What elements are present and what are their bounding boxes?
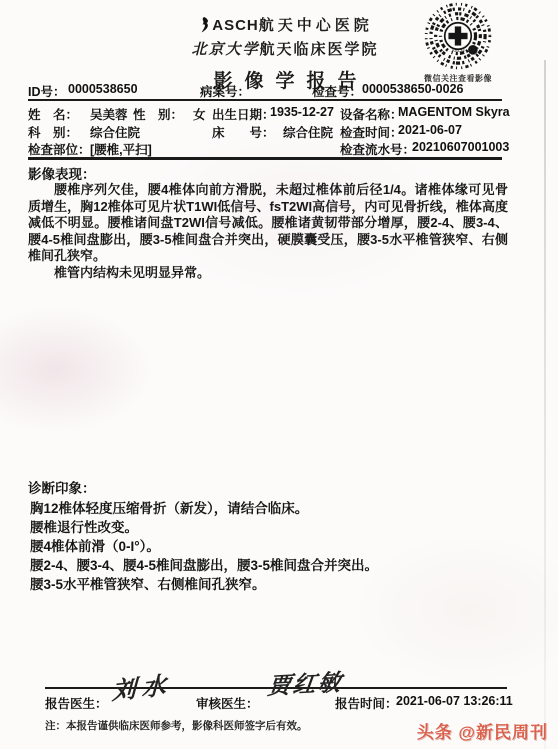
serial-label: 检查流水号：: [340, 140, 415, 158]
exam-no-label: 检查号：: [312, 82, 362, 100]
divider-info-bottom: [28, 157, 502, 160]
hospital-logo-icon: [197, 17, 210, 37]
name-value: 吴美蓉: [90, 105, 128, 123]
case-no-label: 病案号：: [200, 82, 250, 100]
report-time-value: 2021-06-07 13:26:11: [396, 694, 513, 708]
exam-no-value: 0000538650-0026: [362, 82, 464, 96]
qr-code-icon: ASCH: [424, 2, 492, 70]
footer-note: 注：本报告谨供临床医师参考，影像科医师签字后有效。: [45, 718, 308, 733]
college-name-line: 北京大学航天临床医学院: [120, 38, 450, 59]
hospital-name-cn: 航天中心医院: [259, 17, 373, 34]
report-doctor-label: 报告医生：: [45, 694, 108, 712]
diagnosis-heading: 诊断印象：: [28, 477, 96, 497]
dept-label: 科 别：: [28, 123, 78, 141]
body-part-value: [腰椎,平扫]: [90, 140, 152, 158]
device-value: MAGENTOM Skyra: [398, 105, 510, 119]
serial-value: 20210607001003: [412, 140, 509, 154]
scanned-report-page: ASCH航天中心医院 北京大学航天临床医学院 影像学报告 ASCH 微信关注查看…: [0, 0, 558, 749]
diagnosis-item: 腰椎退行性改变。: [30, 518, 510, 537]
report-time-label: 报告时间：: [335, 694, 398, 712]
review-doctor-label: 审核医生：: [196, 694, 259, 712]
id-value: 0000538650: [68, 82, 138, 96]
review-doctor-signature: 贾红敏: [266, 664, 345, 701]
body-part-label: 检查部位：: [28, 140, 91, 158]
hospital-name-line: ASCH航天中心医院: [120, 14, 450, 37]
device-label: 设备名称：: [340, 105, 403, 123]
findings-paragraph-2: 椎管内结构未见明显异常。: [28, 265, 508, 282]
findings-text: 腰椎序列欠佳，腰4椎体向前方滑脱，未超过椎体前后径1/4。诸椎体缘可见骨质增生，…: [28, 182, 508, 281]
diagnosis-item: 腰3-5水平椎管狭窄、右侧椎间孔狭窄。: [30, 575, 510, 594]
report-doctor-signature: 刘水: [112, 665, 173, 707]
divider-top: [28, 99, 502, 101]
diagnosis-list: 胸12椎体轻度压缩骨折（新发），请结合临床。 腰椎退行性改变。 腰4椎体前滑（0…: [30, 499, 510, 594]
diagnosis-item: 腰4椎体前滑（0-I°）。: [30, 537, 510, 556]
diagnosis-item: 胸12椎体轻度压缩骨折（新发），请结合临床。: [30, 499, 510, 518]
dept-value: 综合住院: [90, 123, 140, 141]
id-label: ID号：: [28, 82, 66, 100]
news-watermark: 头条 @新民周刊: [417, 718, 548, 743]
college-name-script: 北京大学: [191, 42, 259, 58]
gender-value: 女: [193, 105, 206, 123]
dob-label: 出生日期：: [212, 105, 275, 123]
name-label: 姓 名：: [28, 105, 78, 123]
diagnosis-item: 腰2-4、腰3-4、腰4-5椎间盘膨出，腰3-5椎间盘合并突出。: [30, 556, 510, 575]
findings-heading: 影像表现：: [28, 163, 96, 183]
college-name-rest: 航天临床医学院: [260, 41, 379, 58]
wechat-qr-seal: ASCH 微信关注查看影像: [422, 2, 494, 84]
hospital-brand: ASCH: [212, 17, 259, 34]
bed-label: 床 号：: [212, 123, 275, 141]
svg-text:ASCH: ASCH: [451, 48, 465, 54]
findings-paragraph-1: 腰椎序列欠佳，腰4椎体向前方滑脱，未超过椎体前后径1/4。诸椎体缘可见骨质增生，…: [28, 182, 508, 265]
dob-value: 1935-12-27: [270, 105, 334, 119]
paper-edge-shadow: [544, 60, 546, 749]
exam-time-label: 检查时间：: [340, 123, 403, 141]
gender-label: 性 别：: [133, 105, 183, 123]
exam-time-value: 2021-06-07: [398, 123, 462, 137]
bed-value: 综合住院: [283, 123, 333, 141]
